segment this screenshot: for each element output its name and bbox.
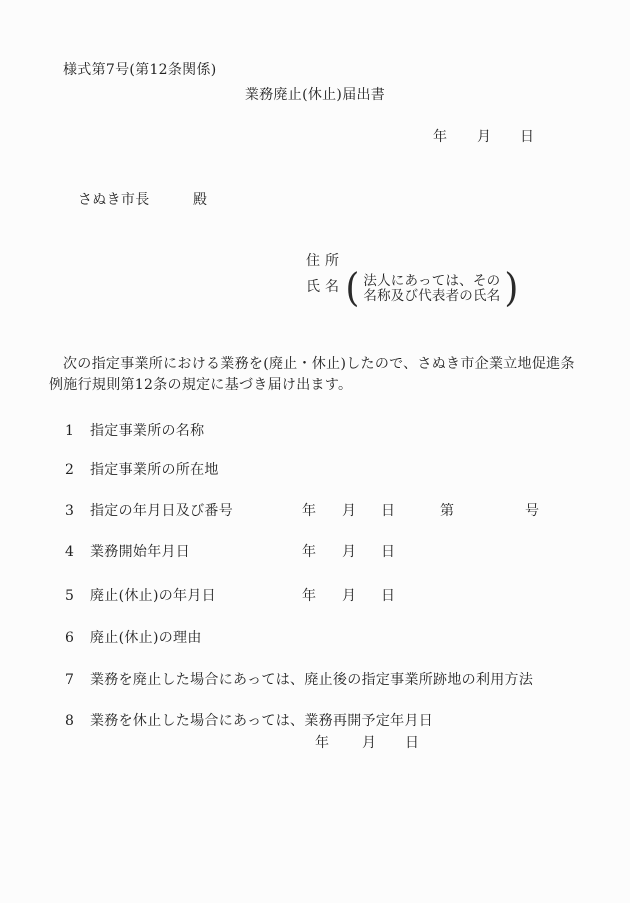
item-4-day-label: 日 bbox=[381, 544, 395, 560]
right-brace-glyph: ) bbox=[503, 270, 519, 309]
form-number: 様式第7号(第12条関係) bbox=[63, 62, 217, 78]
item-6-label: 廃止(休止)の理由 bbox=[90, 630, 202, 646]
item-5-day-label: 日 bbox=[381, 588, 395, 604]
item-8-day-label: 日 bbox=[405, 735, 419, 751]
item-8-month-label: 月 bbox=[362, 735, 376, 751]
document-page: 様式第7号(第12条関係) 業務廃止(休止)届出書 年 月 日 さぬき市長 殿 … bbox=[0, 0, 630, 903]
item-4-label: 業務開始年月日 bbox=[90, 544, 190, 560]
corporate-name-note: 法人にあっては、その 名称及び代表者の氏名 bbox=[360, 274, 503, 305]
document-title: 業務廃止(休止)届出書 bbox=[0, 87, 630, 103]
item-1-number: 1 bbox=[65, 423, 74, 439]
item-5-number: 5 bbox=[65, 588, 74, 604]
item-7-label: 業務を廃止した場合にあっては、廃止後の指定事業所跡地の利用方法 bbox=[90, 672, 533, 688]
item-5-month-label: 月 bbox=[342, 588, 356, 604]
sender-name-label: 氏 名 bbox=[306, 279, 339, 295]
item-1-label: 指定事業所の名称 bbox=[90, 423, 204, 439]
item-8-year-label: 年 bbox=[315, 735, 329, 751]
sender-address-label: 住 所 bbox=[306, 253, 339, 269]
item-3-label: 指定の年月日及び番号 bbox=[90, 503, 233, 519]
corporate-name-note-line-1: 法人にあっては、その bbox=[363, 274, 500, 290]
item-7-number: 7 bbox=[65, 672, 74, 688]
item-3-number-suffix: 号 bbox=[525, 503, 539, 519]
item-5-label: 廃止(休止)の年月日 bbox=[90, 588, 216, 604]
item-2-number: 2 bbox=[65, 462, 74, 478]
item-4-year-label: 年 bbox=[302, 544, 316, 560]
item-3-month-label: 月 bbox=[342, 503, 356, 519]
item-5-year-label: 年 bbox=[302, 588, 316, 604]
issue-date-year-label: 年 bbox=[433, 129, 447, 145]
corporate-name-note-line-2: 名称及び代表者の氏名 bbox=[363, 289, 500, 305]
item-8-number: 8 bbox=[65, 713, 74, 729]
item-3-number: 3 bbox=[65, 503, 74, 519]
item-3-year-label: 年 bbox=[302, 503, 316, 519]
body-paragraph-line-1: 次の指定事業所における業務を(廃止・休止)したので、さぬき市企業立地促進条 bbox=[63, 356, 575, 372]
item-2-label: 指定事業所の所在地 bbox=[90, 462, 219, 478]
item-3-number-prefix: 第 bbox=[440, 503, 454, 519]
addressee-name: さぬき市長 bbox=[78, 192, 150, 208]
body-paragraph-line-2: 例施行規則第12条の規定に基づき届け出ます。 bbox=[49, 377, 352, 393]
addressee-honorific: 殿 bbox=[193, 192, 207, 208]
item-8-label: 業務を休止した場合にあっては、業務再開予定年月日 bbox=[90, 713, 433, 729]
issue-date-month-label: 月 bbox=[477, 129, 491, 145]
item-3-day-label: 日 bbox=[381, 503, 395, 519]
left-brace-glyph: ( bbox=[344, 270, 360, 309]
item-4-number: 4 bbox=[65, 544, 74, 560]
issue-date-day-label: 日 bbox=[520, 129, 534, 145]
sender-name-row: 氏 名 ( 法人にあっては、その 名称及び代表者の氏名 ) bbox=[306, 268, 519, 310]
item-4-month-label: 月 bbox=[342, 544, 356, 560]
item-6-number: 6 bbox=[65, 630, 74, 646]
